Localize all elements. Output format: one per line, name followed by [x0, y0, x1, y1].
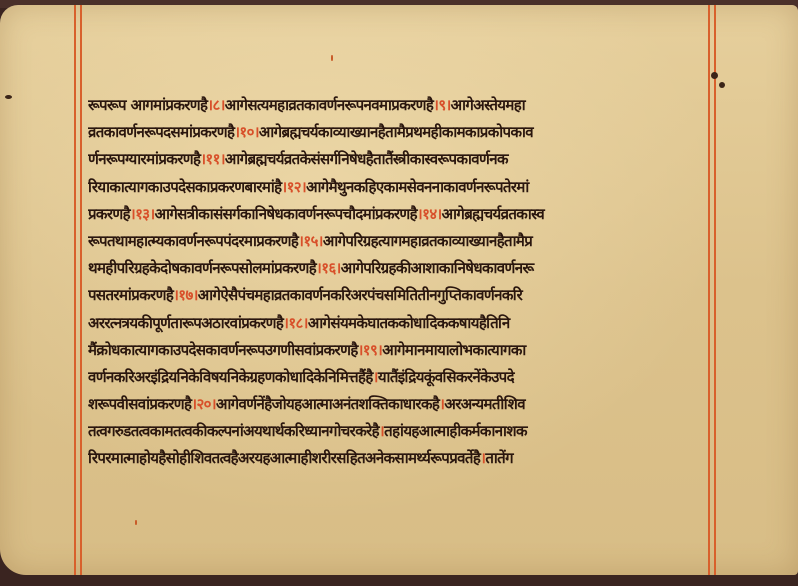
text-line: थमहीपरिग्रहकेदोषकावर्णनरूपसोलमांप्रकरणहै…	[88, 255, 713, 282]
text-line: प्रकरणहै।१३।आगेसत्रीकासंसर्गकानिषेधकावर्…	[88, 201, 713, 228]
red-mark	[331, 55, 333, 61]
text-line: शरूपवीसवांप्रकरणहै।२०।आगेवर्णनेंहैजोयहआत…	[88, 391, 713, 418]
text-line: पसतरमांप्रकरणहै।१७।आगेऐसैपंचमहाव्रतकावर्…	[88, 282, 713, 309]
text-line: र्णनरूपग्यारमांप्रकरणहै।११।आगेब्रह्मचर्य…	[88, 146, 713, 173]
text-line: रियाकात्यागकाउपदेसकाप्रकरणबारमांहै।१२।आग…	[88, 174, 713, 201]
red-mark	[135, 520, 137, 525]
text-line: तत्वगरुडतत्वकामतत्वकीकल्पनांअयथार्थकरिध्…	[88, 418, 713, 445]
ink-blot	[711, 72, 718, 79]
text-line: व्रतकावर्णनरूपदसमांप्रकरणहै।१०।आगेब्रह्म…	[88, 119, 713, 146]
text-line: वर्णनकरिअरइंद्रियनिकेविषयनिकेग्रहणकोधादि…	[88, 364, 713, 391]
text-line: अररत्नत्रयकीपूर्णतारूपअठारवांप्रकरणहै।१८…	[88, 310, 713, 337]
text-line: रिपरमात्माहोयहैसोहीशिवतत्वहैअरयहआत्माहीश…	[88, 445, 713, 472]
text-line: रूपरूप आगमांप्रकरणहै।८।आगेसत्यमहाव्रतकाव…	[88, 92, 713, 119]
text-line: मैंक्रोधकात्यागकाउपदेसकावर्णनरूपउगणीसवां…	[88, 337, 713, 364]
ink-blot	[719, 82, 725, 88]
ink-blot	[5, 95, 12, 99]
text-line: रूपतथामहात्म्यकावर्णनरूपपंदरमाप्रकरणहै।१…	[88, 228, 713, 255]
left-border-rule-inner	[80, 5, 82, 575]
right-border-rule-inner	[714, 5, 716, 575]
left-border-rule-outer	[74, 5, 76, 575]
manuscript-text: रूपरूप आगमांप्रकरणहै।८।आगेसत्यमहाव्रतकाव…	[88, 92, 713, 473]
